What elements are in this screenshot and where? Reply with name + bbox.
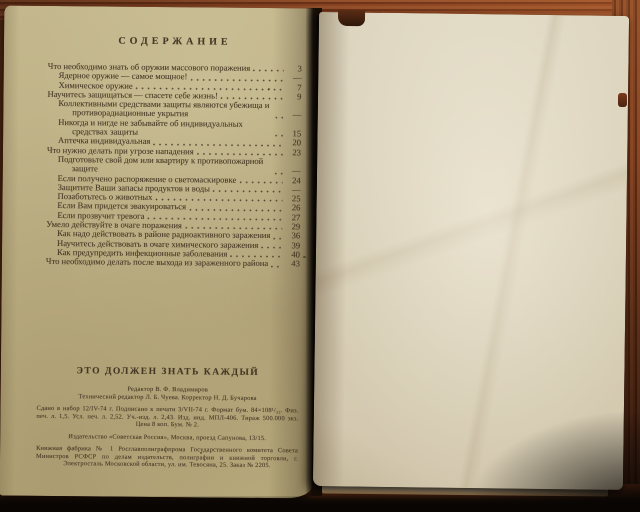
print-info: Сдано в набор 12/IV-74 г. Подписано к пе… xyxy=(36,405,298,430)
paper-speck xyxy=(268,88,270,90)
dot-leader xyxy=(275,111,283,120)
book-photo: СОДЕРЖАНИЕ Что необходимо знать об оружи… xyxy=(0,0,640,512)
paper-speck xyxy=(200,452,202,454)
dot-leader xyxy=(253,64,284,73)
right-page-blank xyxy=(313,12,629,490)
dot-leader xyxy=(213,185,283,195)
dot-leader xyxy=(190,73,283,83)
toc-page-number: — xyxy=(285,111,301,120)
printer-line: Книжная фабрика № 1 Росглавполиграфпрома… xyxy=(36,445,298,470)
toc-page-number: 9 xyxy=(285,92,301,101)
tech-editor-line: Технический редактор Л. Б. Чуева. Коррек… xyxy=(37,392,299,402)
book-title: ЭТО ДОЛЖЕН ЗНАТЬ КАЖДЫЙ xyxy=(37,366,299,379)
toc-entry: Что необходимо делать после выхода из за… xyxy=(46,257,300,269)
colophon: ЭТО ДОЛЖЕН ЗНАТЬ КАЖДЫЙ Редактор В. Ф. В… xyxy=(36,366,299,470)
page-edge-nick xyxy=(618,93,627,107)
publisher-line: Издательство «Советская Россия», Москва,… xyxy=(36,432,298,442)
dot-leader xyxy=(275,129,283,138)
table-of-contents: Что необходимо знать об оружии массового… xyxy=(46,62,302,269)
toc-entry-label: Что необходимо делать после выхода из за… xyxy=(46,257,268,268)
dot-leader xyxy=(239,176,282,185)
dot-leader xyxy=(275,167,283,176)
toc-title: СОДЕРЖАНИЕ xyxy=(48,35,302,48)
left-page: СОДЕРЖАНИЕ Что необходимо знать об оружи… xyxy=(0,6,316,499)
dot-leader xyxy=(273,232,282,241)
toc-page-number: 43 xyxy=(284,259,300,268)
dot-leader xyxy=(261,241,282,250)
dot-leader xyxy=(189,203,282,213)
dot-leader xyxy=(271,260,282,269)
toc-page-number: 23 xyxy=(285,148,301,157)
page-notch xyxy=(338,10,365,26)
